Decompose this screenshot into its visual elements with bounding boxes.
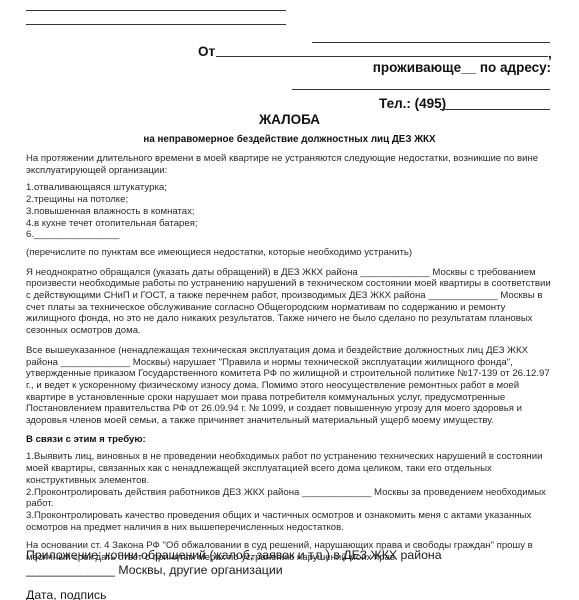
attachment-section: Приложение: копии обращений (жалоб, заяв…: [26, 548, 556, 600]
sender-line-top: [312, 42, 550, 43]
from-label: От: [198, 44, 215, 59]
addressee-line-2: [26, 24, 286, 25]
defect-item: 3.повышенная влажность в комнатах;: [26, 206, 556, 218]
defect-item: 2.трещины на потолке;: [26, 194, 556, 206]
defect-item: 4.в кухне течет отопительная батарея;: [26, 218, 556, 230]
demand-item: 3.Проконтролировать качество проведения …: [26, 510, 556, 533]
address-line: [292, 89, 550, 90]
complaint-body: На протяжении длительного времени в моей…: [26, 153, 556, 564]
sender-comma: ,: [548, 46, 552, 61]
addressee-line-1: [26, 10, 286, 11]
residing-label: проживающе__ по адресу:: [373, 60, 551, 75]
document-subtitle: на неправомерное бездействие должностных…: [0, 134, 579, 145]
defect-item: 1.отваливающаяся штукатурка;: [26, 182, 556, 194]
attachment-text: Приложение: копии обращений (жалоб, заяв…: [26, 548, 496, 578]
defects-note: (перечислите по пунктам все имеющиеся не…: [26, 247, 556, 259]
demands-list: 1.Выявить лиц, виновных в не проведении …: [26, 451, 556, 533]
violation-paragraph: Все вышеуказанное (ненадлежащая техничес…: [26, 345, 556, 427]
demand-item: 2.Проконтролировать действия работников …: [26, 487, 556, 510]
demand-item: 1.Выявить лиц, виновных в не проведении …: [26, 451, 556, 486]
document-title: ЖАЛОБА: [0, 112, 579, 127]
intro-paragraph: На протяжении длительного времени в моей…: [26, 153, 556, 176]
defects-list: 1.отваливающаяся штукатурка; 2.трещины н…: [26, 182, 556, 241]
sender-name-line: [216, 56, 548, 57]
phone-line: [440, 109, 550, 110]
demands-heading: В связи с этим я требую:: [26, 434, 556, 446]
defect-item: 6.________________: [26, 229, 556, 241]
phone-label: Тел.: (495): [379, 96, 446, 111]
appeals-paragraph: Я неоднократно обращался (указать даты о…: [26, 267, 556, 337]
date-signature: Дата, подпись: [26, 588, 556, 600]
